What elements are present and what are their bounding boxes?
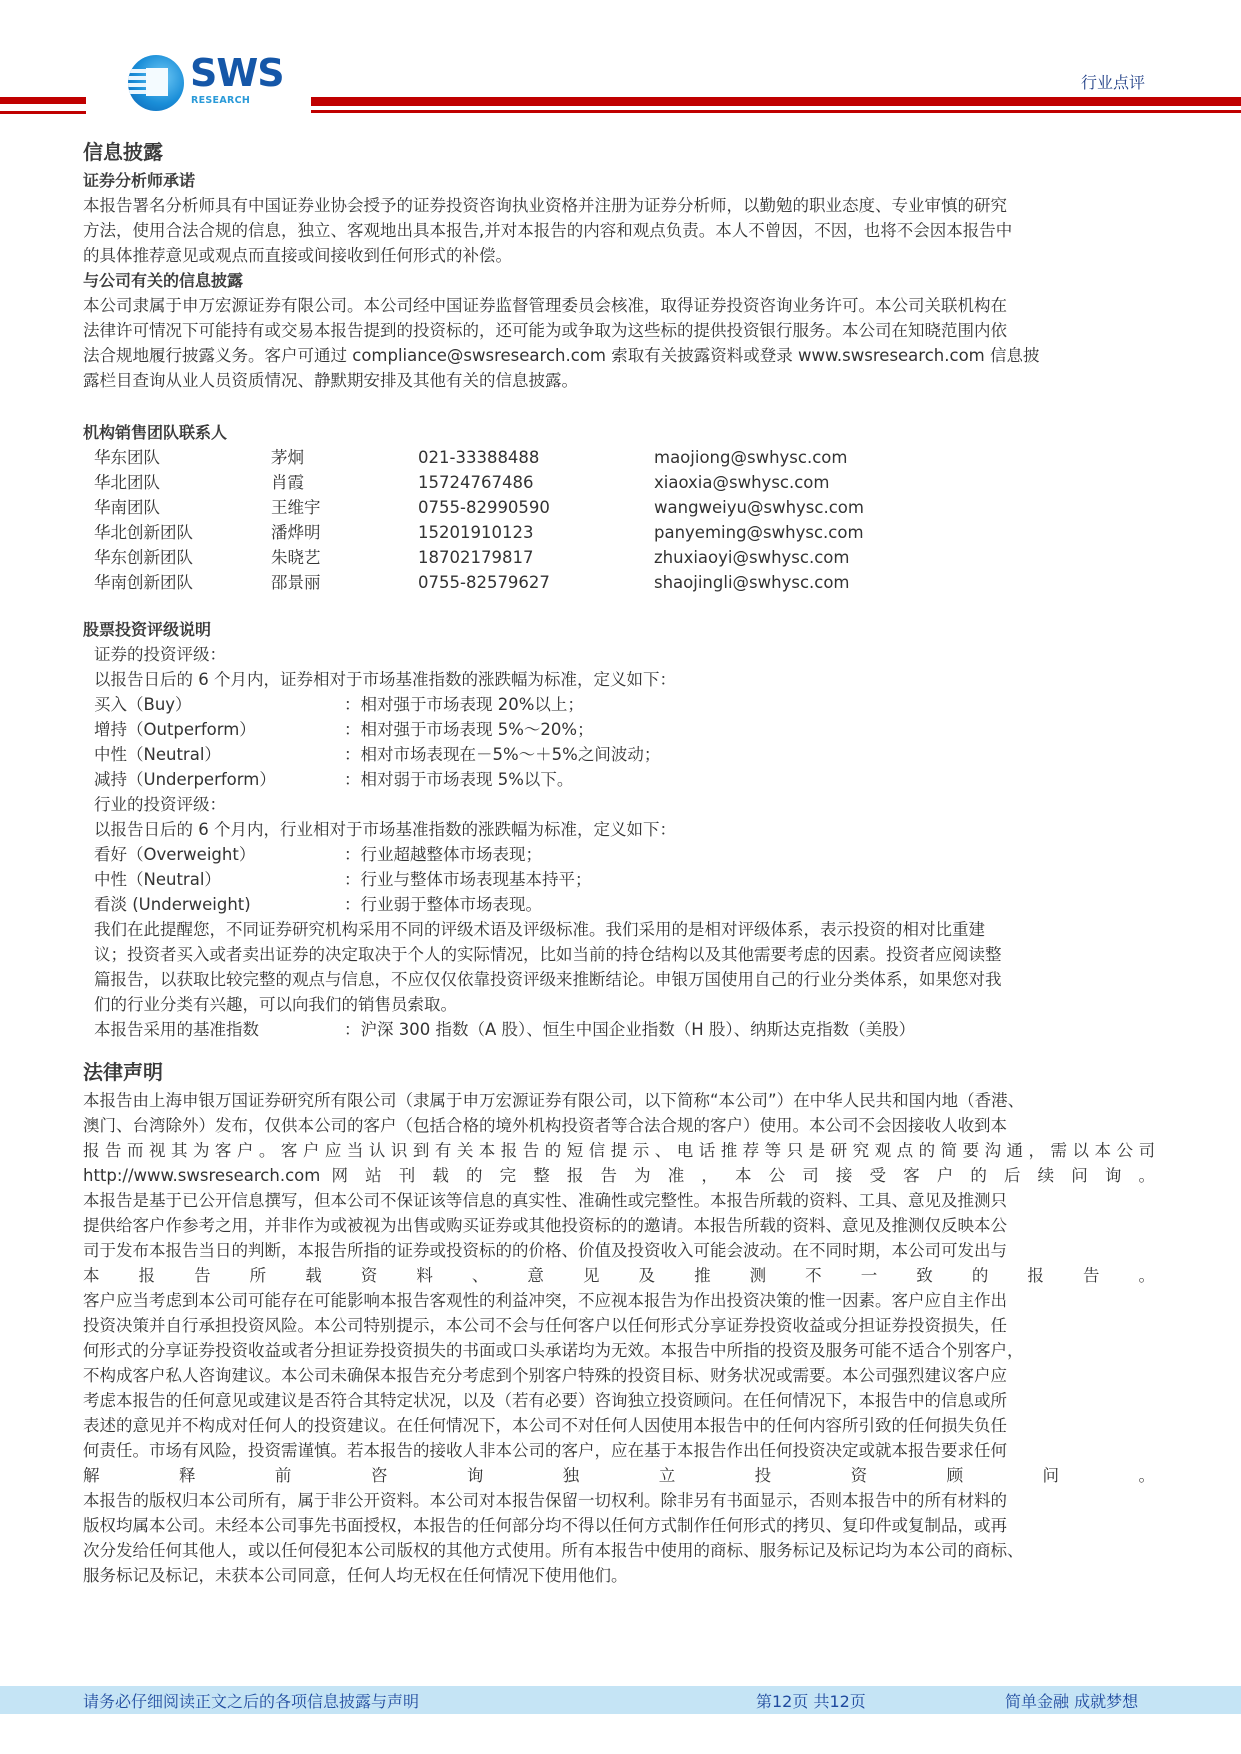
legal-line: 表述的意见并不构成对任何人的投资建议。在任何情况下，本公司不对任何人因使用本报告…	[83, 1413, 1155, 1438]
legal-line: 司于发布本报告当日的判断，本报告所指的证券或投资标的的价格、价值及投资收入可能会…	[83, 1238, 1155, 1263]
sales-contacts-table: 华东团队茅炯021-33388488maojiong@swhysc.com 华北…	[94, 445, 1155, 595]
legal-line: 客户应当考虑到本公司可能存在可能影响本报告客观性的利益冲突，不应视本报告为作出投…	[83, 1288, 1155, 1313]
rating-row: 看淡 (Underweight)：行业弱于整体市场表现。	[94, 892, 1155, 917]
legal-line: 次分发给任何其他人，或以任何侵犯本公司版权的其他方式使用。所有本报告中使用的商标…	[83, 1538, 1155, 1563]
rating-row: 买入（Buy）：相对强于市场表现 20%以上；	[94, 692, 1155, 717]
legal-line: 投资决策并自行承担投资风险。本公司特别提示，本公司不会与任何客户以任何形式分享证…	[83, 1313, 1155, 1338]
contact-email[interactable]: wangweiyu@swhysc.com	[654, 495, 954, 520]
rating-note-paragraph: 我们在此提醒您，不同证券研究机构采用不同的评级术语及评级标准。我们采用的是相对评…	[94, 917, 1155, 1017]
footer-slogan: 简单金融 成就梦想	[1005, 1689, 1138, 1712]
legal-line: http://www.swsresearch.com 网 站 刊 载 的 完 整…	[83, 1163, 1155, 1188]
legal-line: 提供给客户作参考之用，并非作为或被视为出售或购买证券或其他投资标的的邀请。本报告…	[83, 1213, 1155, 1238]
rating-row: 减持（Underperform）：相对弱于市场表现 5%以下。	[94, 767, 1155, 792]
legal-line: 澳门、台湾除外）发布，仅供本公司的客户（包括合格的境外机构投资者等合法合规的客户…	[83, 1113, 1155, 1138]
legal-line: 考虑本报告的任何意见或建议是否符合其特定状况，以及（若有必要）咨询独立投资顾问。…	[83, 1388, 1155, 1413]
contact-email[interactable]: xiaoxia@swhysc.com	[654, 470, 954, 495]
company-disclosure-paragraph: 本公司隶属于申万宏源证券有限公司。本公司经中国证券监督管理委员会核准，取得证券投…	[83, 293, 1155, 393]
contact-row: 华东创新团队朱晓艺18702179817zhuxiaoyi@swhysc.com	[94, 545, 1155, 570]
legal-line: 何形式的分享证券投资收益或者分担证券投资损失的书面或口头承诺均为无效。本报告中所…	[83, 1338, 1155, 1363]
page-number: 第12页 共12页	[756, 1689, 866, 1712]
section-title-legal: 法律声明	[83, 1056, 1155, 1088]
section-title-disclosure: 信息披露	[83, 136, 1155, 168]
legal-line: 服务标记及标记，未获本公司同意，任何人均无权在任何情况下使用他们。	[83, 1563, 1155, 1588]
contact-email[interactable]: maojiong@swhysc.com	[654, 445, 954, 470]
subsection-title-ratings: 股票投资评级说明	[83, 617, 1155, 642]
logo-text: SWS	[190, 51, 284, 95]
rating-row: 看好（Overweight）：行业超越整体市场表现；	[94, 842, 1155, 867]
rating-row: 中性（Neutral）：行业与整体市场表现基本持平；	[94, 867, 1155, 892]
header-rule-left-thick	[0, 97, 86, 104]
legal-line: 解 释 前 咨 询 独 立 投 资 顾 问 。	[83, 1463, 1155, 1488]
legal-line: 版权均属本公司。未经本公司事先书面授权，本报告的任何部分均不得以任何方式制作任何…	[83, 1513, 1155, 1538]
legal-line: 不构成客户私人咨询建议。本公司未确保本报告充分考虑到个别客户特殊的投资目标、财务…	[83, 1363, 1155, 1388]
sws-logo: SWS RESEARCH	[128, 55, 288, 111]
contact-email[interactable]: zhuxiaoyi@swhysc.com	[654, 545, 954, 570]
subsection-title-company: 与公司有关的信息披露	[83, 268, 1155, 293]
legal-line: 报告而视其为客户。客户应当认识到有关本报告的短信提示、电话推荐等只是研究观点的简…	[83, 1138, 1155, 1163]
contact-row: 华北团队肖霞15724767486xiaoxia@swhysc.com	[94, 470, 1155, 495]
legal-statement-paragraph: 本报告由上海申银万国证券研究所有限公司（隶属于申万宏源证券有限公司，以下简称“本…	[83, 1088, 1155, 1588]
legal-line: 本 报 告 所 载 资 料 、 意 见 及 推 测 不 一 致 的 报 告 。	[83, 1263, 1155, 1288]
contact-email[interactable]: panyeming@swhysc.com	[654, 520, 954, 545]
benchmark-row: 本报告采用的基准指数：沪深 300 指数（A 股）、恒生中国企业指数（H 股）、…	[94, 1017, 1155, 1042]
contact-row: 华南创新团队邵景丽0755-82579627shaojingli@swhysc.…	[94, 570, 1155, 595]
header-rule-right-thick	[311, 97, 1241, 106]
footer-notice: 请务必仔细阅读正文之后的各项信息披露与声明	[83, 1689, 419, 1712]
rating-row: 增持（Outperform）：相对强于市场表现 5%～20%；	[94, 717, 1155, 742]
contact-row: 华东团队茅炯021-33388488maojiong@swhysc.com	[94, 445, 1155, 470]
header-rule-left-thin	[0, 111, 86, 114]
page-content: 信息披露 证券分析师承诺 本报告署名分析师具有中国证券业协会授予的证券投资咨询执…	[83, 136, 1155, 1588]
subsection-title-analyst: 证券分析师承诺	[83, 168, 1155, 193]
contact-row: 华南团队王维宇0755-82990590wangweiyu@swhysc.com	[94, 495, 1155, 520]
legal-line: 本报告的版权归本公司所有，属于非公开资料。本公司对本报告保留一切权利。除非另有书…	[83, 1488, 1155, 1513]
legal-line: 本报告由上海申银万国证券研究所有限公司（隶属于申万宏源证券有限公司，以下简称“本…	[83, 1088, 1155, 1113]
logo-emblem-icon	[128, 55, 184, 111]
contact-row: 华北创新团队潘烨明15201910123panyeming@swhysc.com	[94, 520, 1155, 545]
subsection-title-sales: 机构销售团队联系人	[83, 420, 1155, 445]
analyst-commitment-paragraph: 本报告署名分析师具有中国证券业协会授予的证券投资咨询执业资格并注册为证券分析师，…	[83, 193, 1155, 268]
rating-definitions: 证券的投资评级： 以报告日后的 6 个月内，证券相对于市场基准指数的涨跌幅为标准…	[94, 642, 1155, 1042]
report-category: 行业点评	[1081, 70, 1145, 93]
legal-line: 本报告是基于已公开信息撰写，但本公司不保证该等信息的真实性、准确性或完整性。本报…	[83, 1188, 1155, 1213]
logo-subtext: RESEARCH	[191, 95, 250, 106]
contact-email[interactable]: shaojingli@swhysc.com	[654, 570, 954, 595]
header-rule-right-thin	[311, 110, 1241, 113]
legal-line: 何责任。市场有风险，投资需谨慎。若本报告的接收人非本公司的客户，应在基于本报告作…	[83, 1438, 1155, 1463]
rating-row: 中性（Neutral）：相对市场表现在－5%～＋5%之间波动；	[94, 742, 1155, 767]
